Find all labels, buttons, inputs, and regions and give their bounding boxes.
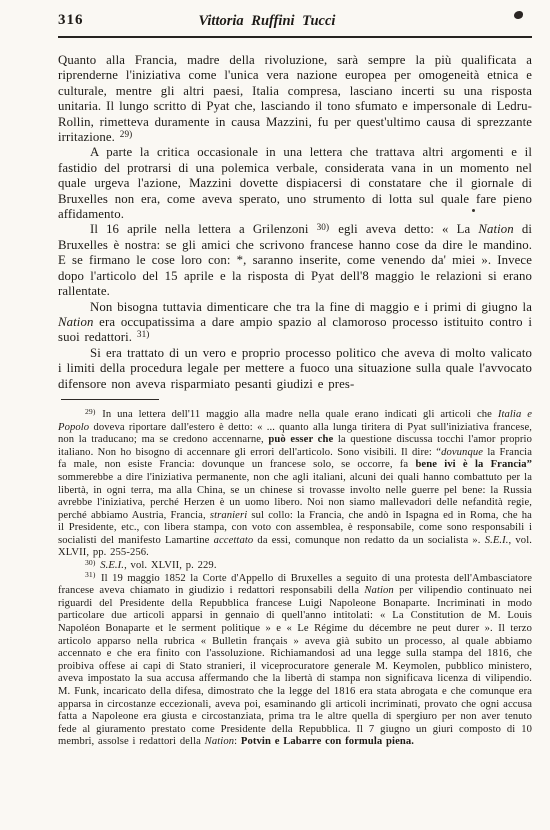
footnote-reference: 31) [85, 570, 96, 579]
page-header: 316 Vittoria Ruffini Tucci [58, 12, 532, 34]
text-segment: Non bisogna tuttavia dimenticare che tra… [90, 300, 532, 314]
body-paragraph: Il 16 aprile nella lettera a Grilenzoni … [58, 222, 532, 299]
text-segment: dovunque [441, 447, 483, 458]
text-segment: Il 16 aprile nella lettera a Grilenzoni [90, 222, 317, 236]
text-segment: da essi, comunque non redatto da un soci… [253, 535, 484, 546]
text-segment: era occupatissima a dare ampio spazio al… [58, 315, 532, 344]
header-rule [58, 36, 532, 38]
body-text: Quanto alla Francia, madre della rivoluz… [58, 53, 532, 392]
text-segment: per vilipendio continuato nei riguardi d… [58, 585, 532, 747]
text-segment: S.E.I. [100, 560, 124, 571]
running-title: Vittoria Ruffini Tucci [58, 13, 476, 30]
text-segment: Nation [478, 222, 513, 236]
body-paragraph: Non bisogna tuttavia dimenticare che tra… [58, 300, 532, 346]
body-paragraph: A parte la critica occasionale in una le… [58, 145, 532, 222]
footnote-reference: 30) [85, 558, 96, 567]
footnote-reference: 31) [137, 329, 151, 339]
book-page: 316 Vittoria Ruffini Tucci Quanto alla F… [0, 0, 550, 830]
text-segment: , vol. XLVII, p. 229. [124, 560, 217, 571]
text-segment: Nation [364, 585, 393, 596]
text-segment: Si era trattato di un vero e proprio pro… [58, 346, 532, 391]
footnote-reference: 30) [317, 222, 331, 232]
body-paragraph: Quanto alla Francia, madre della rivoluz… [58, 53, 532, 145]
footnote-separator-rule [61, 399, 159, 400]
footnote-reference: 29) [120, 129, 134, 139]
body-paragraph: Si era trattato di un vero e proprio pro… [58, 346, 532, 392]
text-segment: S.E.I. [485, 535, 509, 546]
text-segment: In una lettera dell'11 maggio alla madre… [96, 409, 497, 420]
text-segment: A parte la critica occasionale in una le… [58, 145, 532, 221]
footnotes-section: 29) In una lettera dell'11 maggio alla m… [58, 409, 532, 749]
text-segment: può esser che [268, 434, 333, 445]
text-segment: : [234, 736, 241, 747]
ink-dot-artifact [472, 209, 475, 212]
text-segment: Nation [205, 736, 234, 747]
text-segment: Potvin e Labarre con formula piena. [241, 736, 414, 747]
text-segment: accettato [214, 535, 254, 546]
footnote: 30) S.E.I., vol. XLVII, p. 229. [58, 560, 532, 573]
text-segment: Nation [58, 315, 93, 329]
text-segment: stranieri [210, 510, 247, 521]
footnote: 29) In una lettera dell'11 maggio alla m… [58, 409, 532, 560]
footnote: 31) Il 19 maggio 1852 la Corte d'Appello… [58, 573, 532, 749]
text-segment: bene ivi è la Francia” [415, 459, 532, 470]
text-segment: egli aveva detto: « La [330, 222, 478, 236]
footnote-reference: 29) [85, 407, 96, 416]
